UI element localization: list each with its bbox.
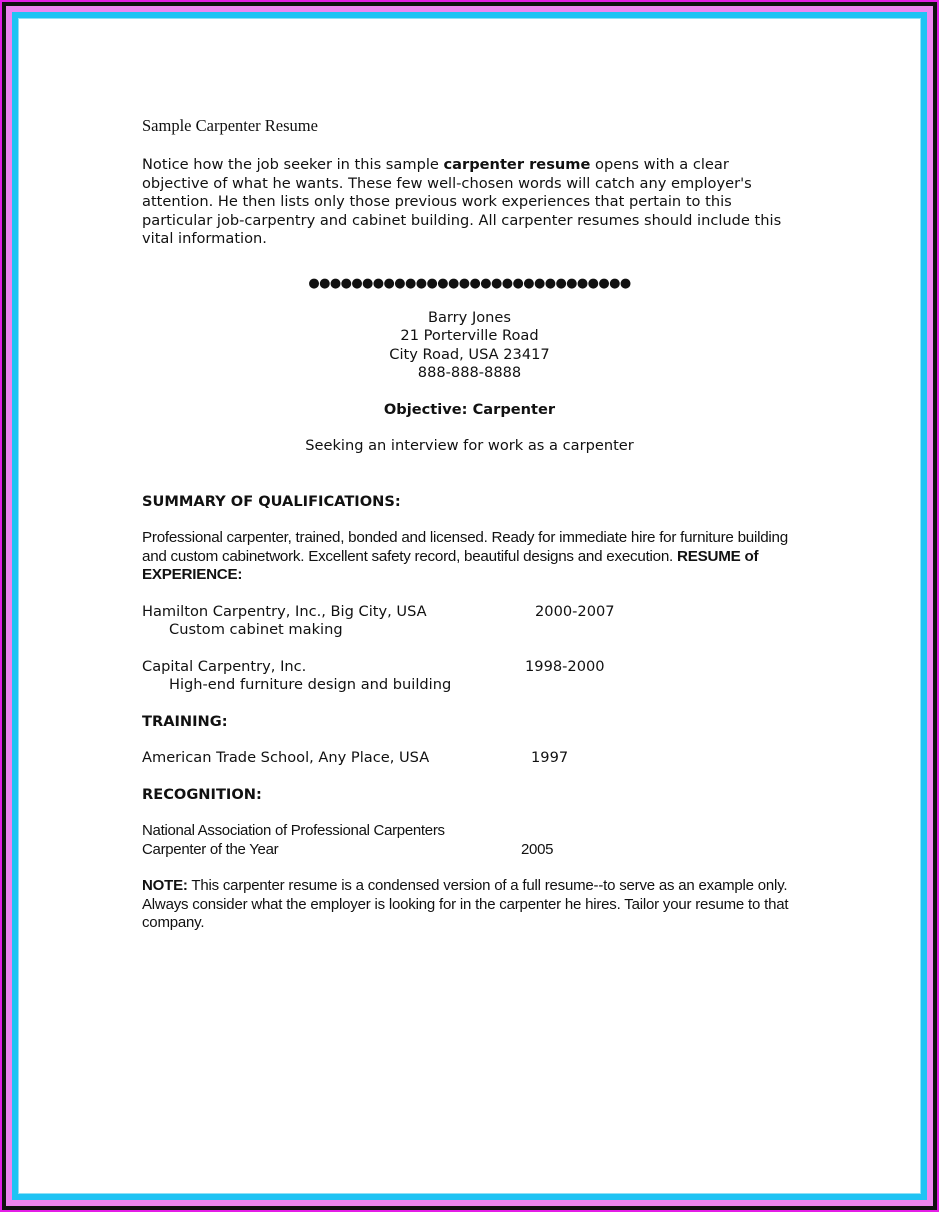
contact-phone: 888-888-8888 bbox=[142, 364, 797, 383]
training-heading: TRAINING: bbox=[142, 713, 802, 732]
document-title: Sample Carpenter Resume bbox=[142, 116, 802, 136]
summary-heading: SUMMARY OF QUALIFICATIONS: bbox=[142, 493, 802, 512]
experience-item: Capital Carpentry, Inc. 1998-2000 High-e… bbox=[142, 658, 802, 695]
recognition-item: National Association of Professional Car… bbox=[142, 822, 802, 859]
experience-company: Hamilton Carpentry, Inc., Big City, USA bbox=[142, 603, 427, 620]
training-item: American Trade School, Any Place, USA 19… bbox=[142, 749, 802, 768]
experience-years: 1998-2000 bbox=[525, 658, 605, 677]
objective-text: Seeking an interview for work as a carpe… bbox=[142, 437, 797, 456]
training-year: 1997 bbox=[531, 749, 568, 768]
resume-content: Sample Carpenter Resume Notice how the j… bbox=[142, 116, 802, 933]
intro-bold-keyword: carpenter resume bbox=[444, 156, 591, 173]
intro-text-start: Notice how the job seeker in this sample bbox=[142, 156, 444, 173]
objective-heading: Objective: Carpenter bbox=[142, 401, 797, 420]
experience-description: High-end furniture design and building bbox=[142, 676, 802, 695]
recognition-organization: National Association of Professional Car… bbox=[142, 822, 802, 841]
note-label: NOTE: bbox=[142, 877, 188, 894]
contact-name: Barry Jones bbox=[142, 309, 797, 328]
intro-paragraph: Notice how the job seeker in this sample… bbox=[142, 156, 792, 249]
experience-description: Custom cabinet making bbox=[142, 621, 802, 640]
recognition-heading: RECOGNITION: bbox=[142, 786, 802, 805]
experience-company: Capital Carpentry, Inc. bbox=[142, 658, 306, 675]
note-text: This carpenter resume is a condensed ver… bbox=[142, 877, 788, 931]
experience-row: Capital Carpentry, Inc. 1998-2000 bbox=[142, 658, 802, 677]
experience-years: 2000-2007 bbox=[535, 603, 615, 622]
summary-paragraph: Professional carpenter, trained, bonded … bbox=[142, 529, 802, 585]
contact-block: Barry Jones 21 Porterville Road City Roa… bbox=[142, 309, 797, 383]
dot-separator: ●●●●●●●●●●●●●●●●●●●●●●●●●●●●●● bbox=[142, 275, 797, 293]
contact-city: City Road, USA 23417 bbox=[142, 346, 797, 365]
note-paragraph: NOTE: This carpenter resume is a condens… bbox=[142, 877, 802, 933]
training-school: American Trade School, Any Place, USA bbox=[142, 749, 429, 766]
recognition-year: 2005 bbox=[521, 841, 553, 860]
recognition-row: Carpenter of the Year 2005 bbox=[142, 841, 802, 860]
recognition-award: Carpenter of the Year bbox=[142, 841, 278, 858]
experience-row: Hamilton Carpentry, Inc., Big City, USA … bbox=[142, 603, 802, 622]
training-row: American Trade School, Any Place, USA 19… bbox=[142, 749, 802, 768]
experience-item: Hamilton Carpentry, Inc., Big City, USA … bbox=[142, 603, 802, 640]
contact-street: 21 Porterville Road bbox=[142, 327, 797, 346]
